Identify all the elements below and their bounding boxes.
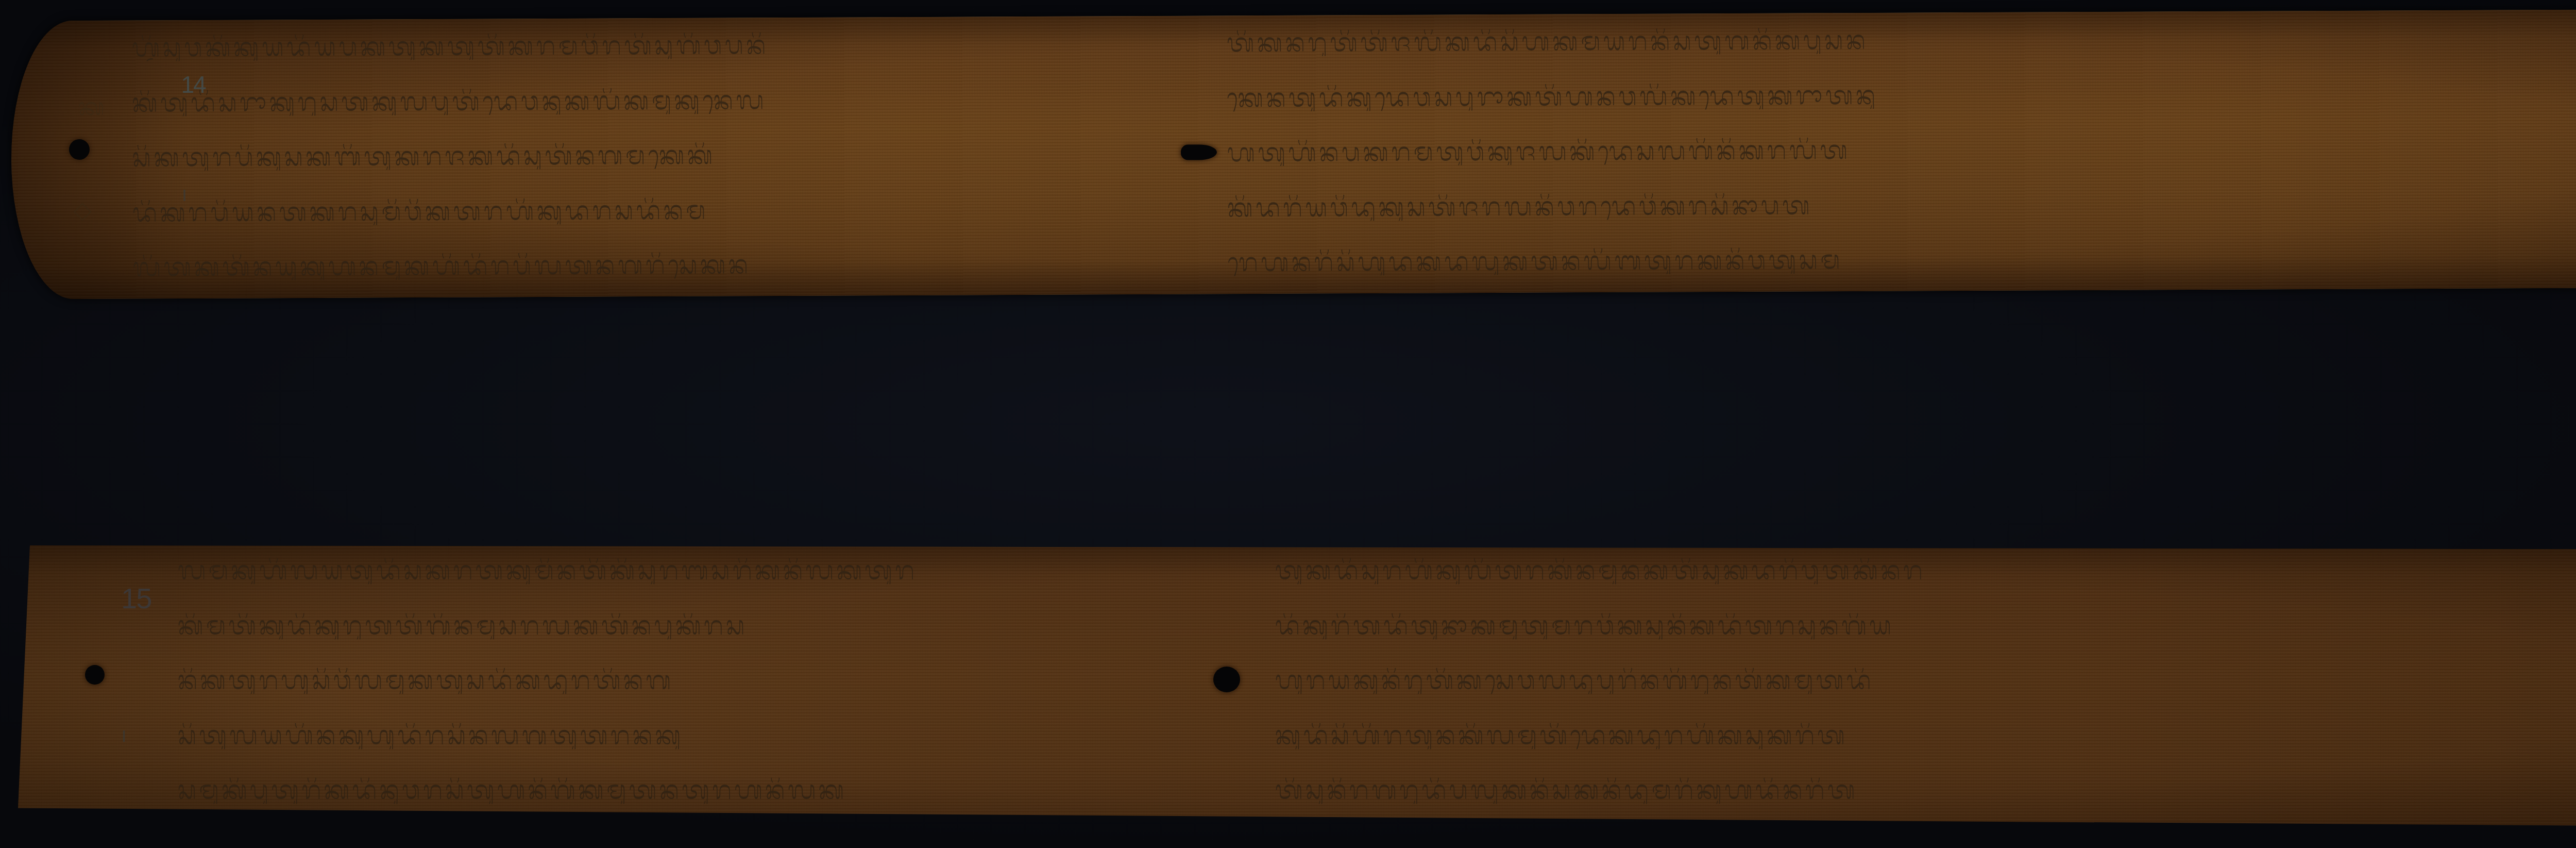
- script-line: ᬮᬶᬢᬓᬢᬶᬦᬬᬸᬓᬸᬳᬦᬫᬸᬓᬳᬶᬤᬶᬭᬧᬶᬮᬢᬦᬕᬭᬶᬲᬾᬓᬦ: [133, 250, 1168, 280]
- margin-mark-upper: ᬓ: [78, 90, 104, 132]
- script-line: ᬢᬶᬲᬸᬦᬶᬭᬕᬭᬸᬤᬶᬧᬮᬸᬓᬦᬶᬲᬓᬦᬶᬤᬸᬫᬭᬶᬓᬸᬳᬤᬶᬦᬭᬶᬢ: [1275, 778, 2576, 804]
- script-line: ᬢᬶᬓᬦᬭᬸᬢᬶᬢᬶᬚᬮᬶᬓᬤᬶᬲᬶᬳᬓᬫᬬᬭᬦᬶᬲᬢᬸᬕᬦᬶᬓᬧᬸᬲᬦ: [1227, 24, 2576, 57]
- palm-leaf-folio-14: 14 14 ᬓ ◇ ı ᬳ᭄ᬤᬶᬲᬸᬯᬓᬶᬓᬸᬬᬤᬶᬬᬧᬓᬢᬸᬓᬢᬸᬢᬶᬓᬭᬫᬯ…: [11, 8, 2576, 299]
- script-line: ᬮᬫᬓᬸᬳᬶᬮᬬᬢᬸᬤᬶᬲᬓᬭᬢᬓᬸᬫᬶᬦᬢᬶᬓᬶᬲᬸᬭᬩᬲᬭᬶᬓᬦᬶᬮᬓᬢᬸᬭ: [178, 558, 1105, 585]
- script-line: ᬲᬶᬓᬢᬸᬭᬧᬶᬓᬸᬲᬓᬩᬶᬢᬸᬓᬭᬚᬓᬤᬶᬲᬸᬢᬶᬦᬕᬫᬓᬾᬓᬶ: [132, 140, 1168, 171]
- script-line: ᬳᬸᬭᬬᬓᬸᬦᬶᬭᬸᬢᬶᬓᬲᬾᬯᬮᬤᬸᬧᬸᬭᬶᬦᬕᬶᬭᬸᬦᬢᬶᬓᬫᬸᬢᬤᬶ: [1275, 668, 2576, 694]
- string-hole-left: [85, 665, 105, 685]
- script-line: ᬓᬸᬤᬶᬲᬶᬳᬶᬭᬢᬸᬦᬓᬶᬮᬫᬸᬢᬶᬤᬾᬓᬤᬸᬭᬳᬶᬓᬲᬸᬓᬭᬶᬢ: [1275, 723, 2576, 749]
- script-line: ᬓᬾᬦᬢᬸᬤᬶᬓᬸᬤᬾᬯᬲᬧᬸᬭᬵᬓᬢᬶᬳᬦᬯᬮᬶᬓᬤᬾᬢᬸᬓᬭᬵᬢᬦᬸ: [1227, 78, 2576, 111]
- script-line: ᬓᬶᬢᬸᬤᬶᬲᬭᬵᬓᬸᬭᬸᬲᬢᬓᬸᬮᬧᬸᬢᬶᬤᬾᬯᬦᬸᬓᬮᬶᬓᬫᬸᬓᬸᬦᬾᬮ: [132, 86, 1167, 116]
- margin-mark-lower: ◇: [73, 196, 92, 224]
- text-block-left: ᬮᬫᬓᬸᬳᬶᬮᬬᬢᬸᬤᬶᬲᬓᬭᬢᬓᬸᬫᬶᬦᬢᬶᬓᬶᬲᬸᬭᬩᬲᬭᬶᬓᬦᬶᬮᬓᬢᬸᬭ…: [178, 560, 1105, 802]
- text-block-right: ᬢᬸᬓᬤᬶᬲᬸᬭᬳᬶᬓᬸᬮᬶᬢᬭᬓᬶᬦᬫᬸᬦᬓᬢᬶᬲᬸᬓᬤᬭᬶᬯᬸᬢᬓᬶᬦᬭ ᬤ…: [1275, 560, 2576, 802]
- script-line: ᬦᬶᬓᬢᬸᬭᬳᬸᬲᬶᬯᬶᬮᬫᬸᬓᬢᬸᬲᬤᬶᬓᬤᬸᬭᬢᬶᬦᬕ: [178, 668, 1105, 694]
- string-hole-center: [1181, 144, 1217, 160]
- script-line: ᬤᬶᬓᬭᬧᬶᬬᬦᬢᬓᬭᬲᬸᬫᬶᬯᬶᬓᬢᬭᬳᬶᬓᬸᬤᬭᬲᬤᬶᬦᬫ: [132, 195, 1168, 226]
- palm-leaf-folio-15: 15 15 ◇ ı ᬮᬫᬓᬸᬳᬶᬮᬬᬢᬸᬤᬶᬲᬓᬭᬢᬓᬸᬫᬶᬦᬢᬶᬓᬶᬲᬸᬭᬩᬲ…: [18, 545, 2576, 834]
- text-block-right: ᬢᬶᬓᬦᬭᬸᬢᬶᬢᬶᬚᬮᬶᬓᬤᬶᬲᬶᬳᬓᬫᬬᬭᬦᬶᬲᬢᬸᬕᬦᬶᬓᬧᬸᬲᬦ ᬓᬾᬦ…: [1227, 25, 2576, 274]
- text-block-left: ᬳ᭄ᬤᬶᬲᬸᬯᬓᬶᬓᬸᬬᬤᬶᬬᬧᬓᬢᬸᬓᬢᬸᬢᬶᬓᬭᬫᬯᬶᬭᬢᬶᬲᬸᬕᬶᬯᬧᬦᬶ…: [132, 32, 1168, 279]
- script-line: ᬲᬫᬸᬓᬶᬧᬸᬢᬸᬭᬶᬓᬤᬶᬦᬸᬯᬭᬲᬶᬢᬸᬳᬦᬶᬕᬶᬓᬫᬸᬢᬦᬢᬸᬭᬳᬦᬶᬮᬓ: [178, 778, 1105, 804]
- script-line: ᬳᬢᬸᬳᬶᬦᬧᬓᬭᬫᬢᬸᬯᬶᬓᬸᬚᬮᬓᬶᬤᬾᬲᬮᬕᬶᬦᬶᬓᬭᬮᬶᬢ: [1227, 134, 2576, 167]
- string-hole-center: [1213, 667, 1240, 692]
- script-line: ᬭᬾᬳᬦᬭᬶᬲᬶᬳᬸᬤᬓᬤᬮᬸᬓᬢᬦᬮᬶᬩᬢᬸᬭᬓᬦᬶᬯᬢᬸᬲᬫ: [1228, 243, 2576, 276]
- script-line: ᬤᬶᬓᬸᬭᬶᬢᬤᬶᬢᬸᬦᬵᬓᬫᬸᬢᬸᬫᬭᬯᬶᬓᬲᬸᬦᬶᬓᬤᬶᬢᬭᬲᬸᬦᬕᬶᬬ: [1275, 613, 2576, 639]
- script-line: ᬓᬶᬫᬢᬶᬓᬸᬤᬶᬓᬸᬭᬸᬢᬢᬶᬕᬶᬦᬫᬸᬲᬭᬮᬓᬢᬶᬦᬧᬸᬓᬶᬭᬲ: [178, 613, 1105, 639]
- script-line: ᬢᬸᬓᬤᬶᬲᬸᬭᬳᬶᬓᬸᬮᬶᬢᬭᬓᬶᬦᬫᬸᬦᬓᬢᬶᬲᬸᬓᬤᬭᬶᬯᬸᬢᬓᬶᬦᬭ: [1275, 558, 2576, 585]
- script-line: ᬲᬶᬢᬸᬮᬬᬳᬶᬦᬓᬸᬳᬸᬤᬶᬭᬲᬶᬦᬮᬕᬢᬸᬢᬭᬦᬓᬸ: [178, 723, 1105, 749]
- folio-number-left: 15: [121, 581, 151, 615]
- string-hole-left: [69, 139, 90, 160]
- script-line: ᬓᬶᬤᬭᬶᬬᬯᬶᬤᬸᬓᬸᬲᬢᬶᬚᬭᬮᬦᬶᬯᬭᬤᬾᬯᬶᬓᬭᬲᬶᬦᬵᬧᬢ: [1227, 188, 2576, 221]
- script-line: ᬳ᭄ᬤᬶᬲᬸᬯᬓᬶᬓᬸᬬᬤᬶᬬᬧᬓᬢᬸᬓᬢᬸᬢᬶᬓᬭᬫᬯᬶᬭᬢᬶᬲᬸᬕᬶᬯᬧᬦᬶ: [132, 30, 1167, 61]
- blue-ink-smudge: ı: [121, 723, 127, 747]
